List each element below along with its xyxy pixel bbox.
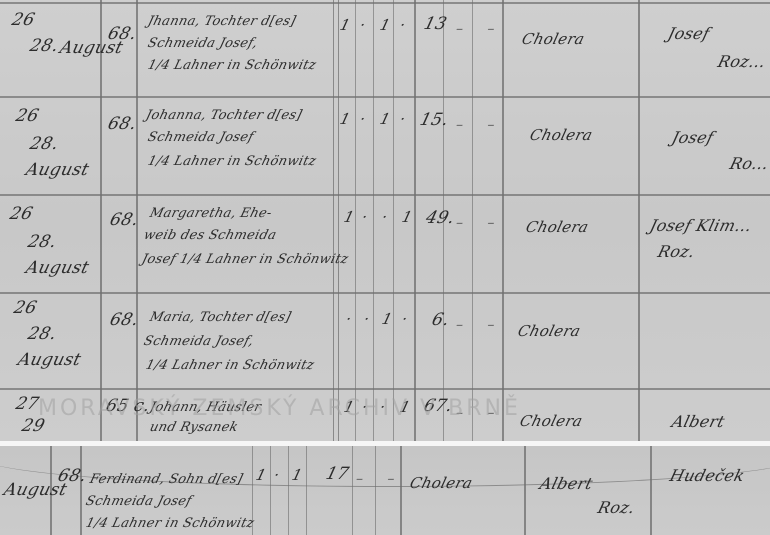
deceased-name-line: 1/4 Lahner in Schönwitz [146,56,319,75]
deceased-name-line: 1/4 Lahner in Schönwitz [84,514,257,533]
month: August [24,162,91,180]
cause-of-death: Cholera [516,324,582,340]
cause-of-death: Cholera [518,414,584,430]
cause-of-death: Cholera [524,220,590,236]
tally-col-4: 1 [400,210,421,226]
blank-marks: – – [454,22,506,37]
death-date: 27 [14,396,41,414]
column-rule [638,0,640,441]
deceased-name-line: Schmeida Josef [84,492,194,511]
column-rule [524,446,526,535]
blank-marks: – – [454,118,506,133]
priest-name-line: Josef [670,130,715,147]
deceased-name-line: Maria, Tochter d[es] [148,308,293,327]
death-date: 26 [8,206,35,224]
tally-col-1: 1 [338,112,359,128]
burial-date: 28. [28,38,60,56]
row-rule [0,194,770,196]
deceased-name-line: 1/4 Lahner in Schönwitz [146,152,319,171]
age: 15. [418,112,450,130]
column-rule [352,446,353,535]
house-number: 68. [106,26,138,44]
cause-of-death: Cholera [408,476,474,492]
column-rule [333,0,339,441]
priest-name-line: Roz. [656,244,697,261]
house-number: 68. [108,312,140,330]
deceased-name-line: Jhanna, Tochter d[es] [146,12,298,31]
deceased-name-line: Schmeida Josef, [142,332,256,351]
column-rule [306,446,307,535]
tally-col-4: · [398,112,415,128]
age: 49. [424,210,456,228]
deceased-name-line: Josef 1/4 Lahner in Schönwitz [140,250,351,269]
age: 17 [324,466,351,484]
tally-col-3: 1 [380,312,401,328]
row-rule [0,96,770,98]
house-number: 68. [108,212,140,230]
age: 6. [430,312,451,330]
blank-marks: – – [454,216,506,231]
death-date: 26 [12,300,39,318]
deceased-name-line: Margaretha, Ehe- [148,204,274,223]
house-number: 68. [106,116,138,134]
column-rule [270,446,271,535]
death-date: 26 [14,108,41,126]
column-rule [650,446,652,535]
row-rule [0,2,770,4]
column-rule [100,0,102,441]
priest-name-line: Roz. [596,500,637,517]
deceased-name-line: Johanna, Tochter d[es] [144,106,305,125]
witness-name: Hudeček [668,468,746,485]
blank-marks: – – [354,472,406,487]
tally-col-2: · [362,312,379,328]
age: 13 [422,16,449,34]
tally-col-3: · [380,210,397,226]
priest-name-line: Albert [538,476,594,493]
deceased-name-line: weib des Schmeida [142,226,279,245]
month: August [24,260,91,278]
tally-col-1: 1 [338,18,359,34]
priest-name-line: Josef [666,26,711,43]
priest-name-line: Josef Klim... [648,218,753,235]
priest-name-line: Roz... [716,54,767,71]
cause-of-death: Cholera [528,128,594,144]
priest-name-line: Albert [670,414,726,431]
cause-of-death: Cholera [520,32,586,48]
column-rule [80,446,82,535]
column-rule [288,446,289,535]
deceased-name-line: Schmeida Josef [146,128,256,147]
tally-col-3: 1 [378,112,399,128]
tally-col-1: · [344,312,361,328]
death-date: 26 [10,12,37,30]
month: August [16,352,83,370]
deceased-name-line: Schmeida Josef, [146,34,260,53]
archive-watermark: MORAVSKÝ ZEMSKÝ ARCHIV V BRNĚ [38,396,521,421]
tally-col-2: · [360,210,377,226]
priest-name-line: Ro... [728,156,770,173]
row-rule [0,292,770,294]
register-scan-top: 26 28. August 68. Jhanna, Tochter d[es] … [0,0,770,441]
column-rule [400,446,402,535]
blank-marks: – – [454,318,506,333]
column-rule [375,446,376,535]
tally-col-3: 1 [378,18,399,34]
row-rule [0,388,770,390]
house-number: 68. [56,468,88,486]
burial-date: 28. [26,234,58,252]
burial-date: 28. [28,136,60,154]
tally-col-4: · [398,18,415,34]
burial-date: 28. [26,326,58,344]
deceased-name-line: 1/4 Lahner in Schönwitz [144,356,317,375]
deceased-name-line: Ferdinand, Sohn d[es] [88,470,245,489]
register-scan-bottom: August 68. Ferdinand, Sohn d[es] Schmeid… [0,446,770,535]
